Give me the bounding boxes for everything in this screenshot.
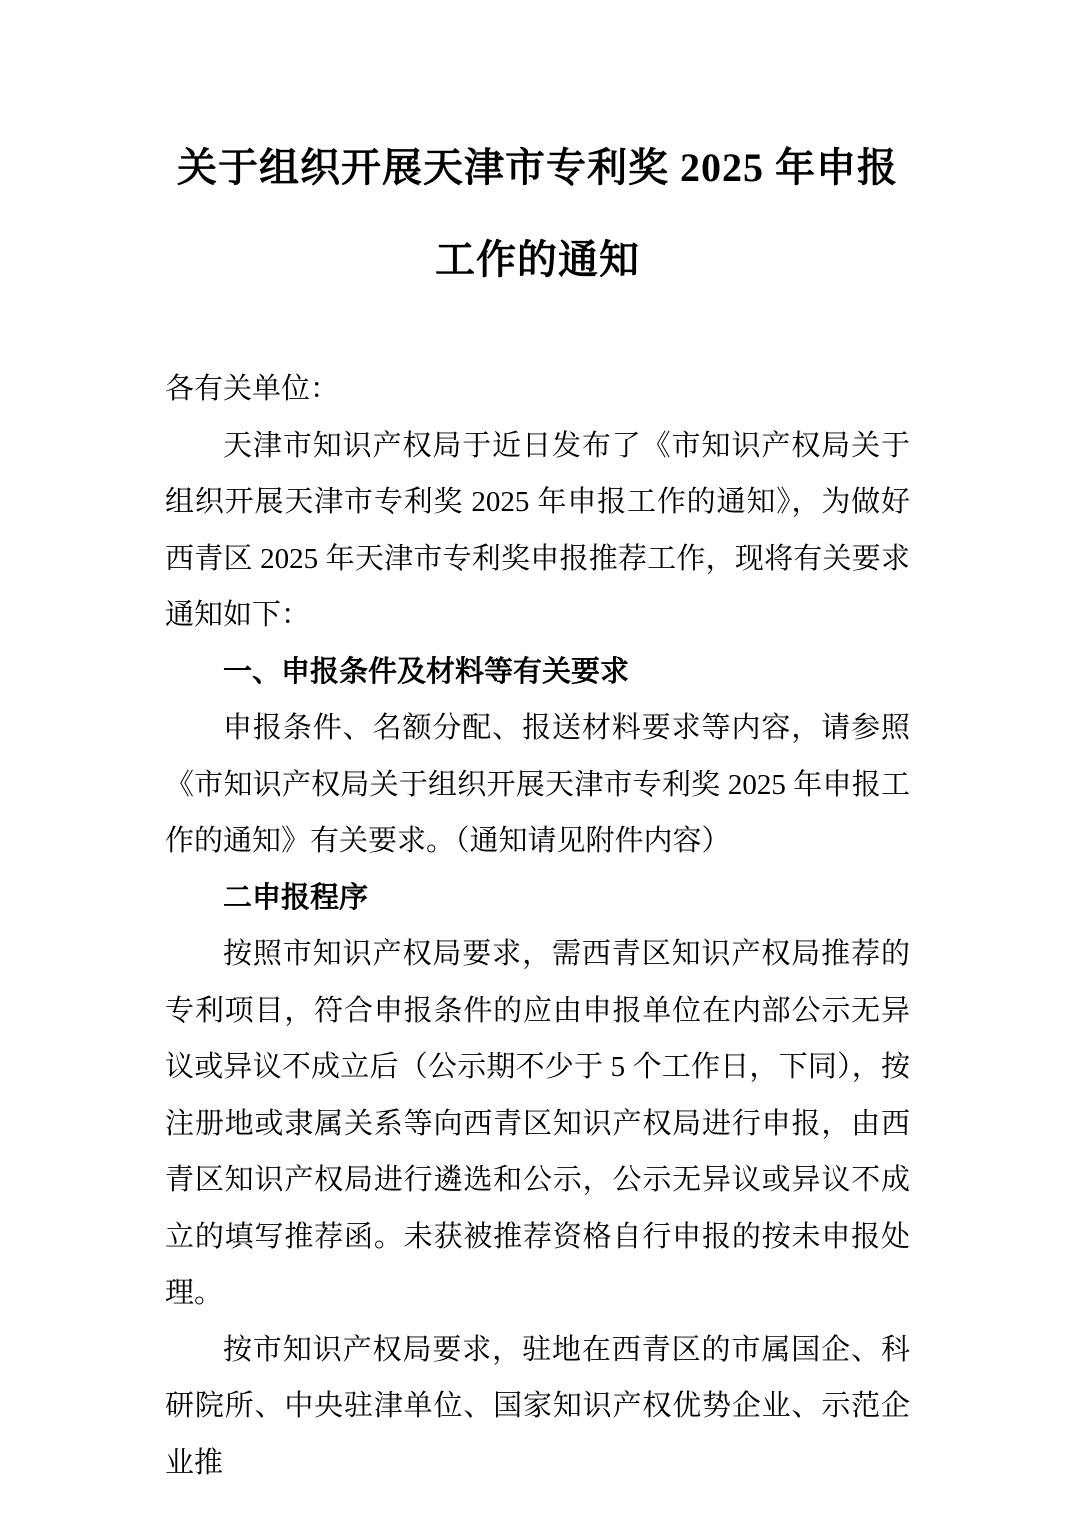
document-title: 关于组织开展天津市专利奖 2025 年申报工作的通知 [165, 122, 910, 306]
document-page: 关于组织开展天津市专利奖 2025 年申报工作的通知 各有关单位：天津市知识产权… [0, 0, 1074, 1520]
body-paragraph: 按市知识产权局要求，驻地在西青区的市属国企、科研院所、中央驻津单位、国家知识产权… [165, 1322, 910, 1492]
body-paragraph: 按照市知识产权局要求，需西青区知识产权局推荐的专利项目，符合申报条件的应由申报单… [165, 926, 910, 1322]
document-body: 各有关单位：天津市知识产权局于近日发布了《市知识产权局关于组织开展天津市专利奖 … [165, 361, 910, 1491]
section-heading: 一、申报条件及材料等有关要求 [165, 644, 910, 701]
section-heading: 二申报程序 [165, 870, 910, 927]
body-paragraph: 天津市知识产权局于近日发布了《市知识产权局关于组织开展天津市专利奖 2025 年… [165, 418, 910, 644]
body-paragraph: 申报条件、名额分配、报送材料要求等内容，请参照《市知识产权局关于组织开展天津市专… [165, 700, 910, 870]
salutation: 各有关单位： [165, 361, 910, 418]
